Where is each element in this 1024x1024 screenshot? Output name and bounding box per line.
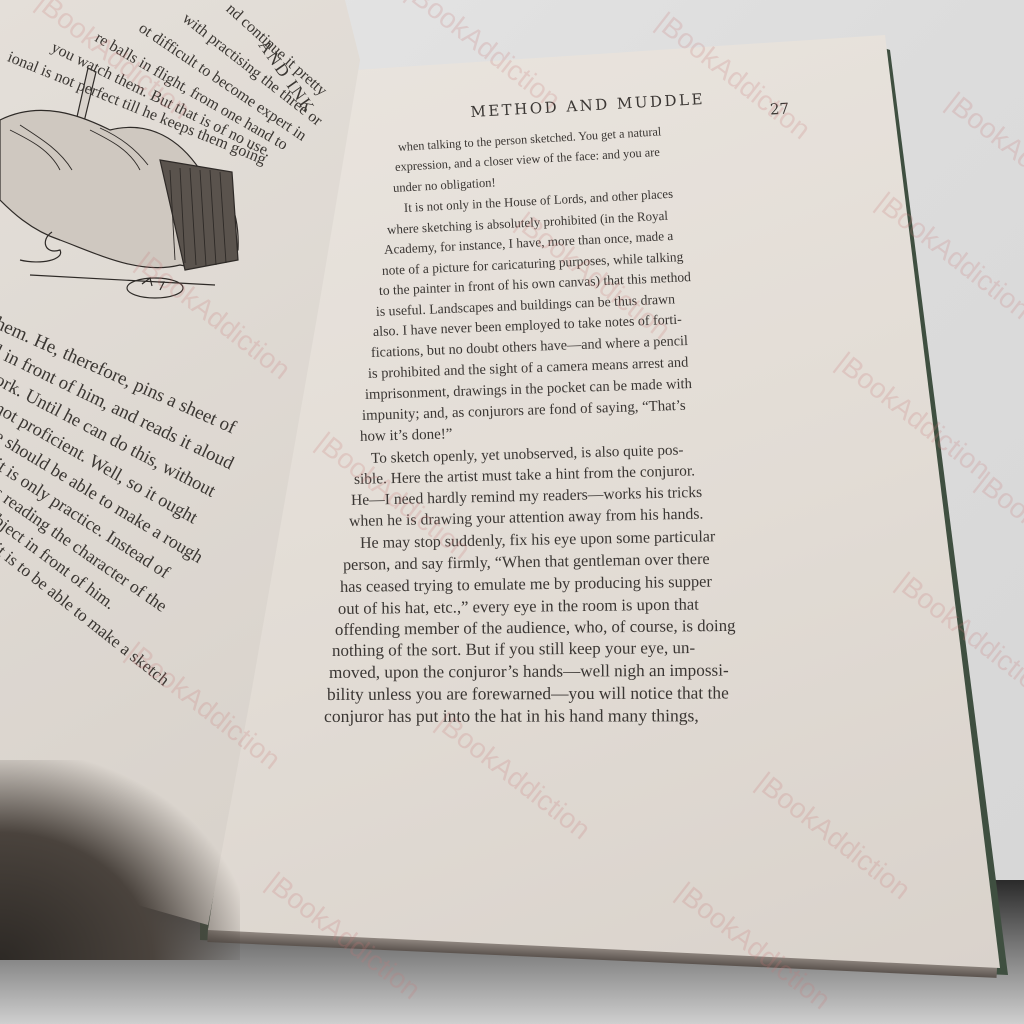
text-line: nothing of the sort. But if you still ke…: [332, 638, 695, 661]
left-page-shadow: [0, 760, 240, 960]
page-number: 27: [770, 100, 790, 119]
text-line: conjuror has put into the hat in his han…: [324, 705, 699, 727]
text-line: out of his hat, etc.,” every eye in the …: [338, 594, 699, 618]
text-line: bility unless you are forewarned—you wil…: [327, 683, 729, 706]
text-line: how it’s done!”: [359, 426, 452, 446]
text-line: moved, upon the conjuror’s hands—well ni…: [329, 661, 729, 683]
text-line: offending member of the audience, who, o…: [335, 616, 736, 640]
watermark-text: |BookAddiction: [970, 466, 1024, 606]
watermark-text: |BookAddiction: [940, 86, 1024, 226]
